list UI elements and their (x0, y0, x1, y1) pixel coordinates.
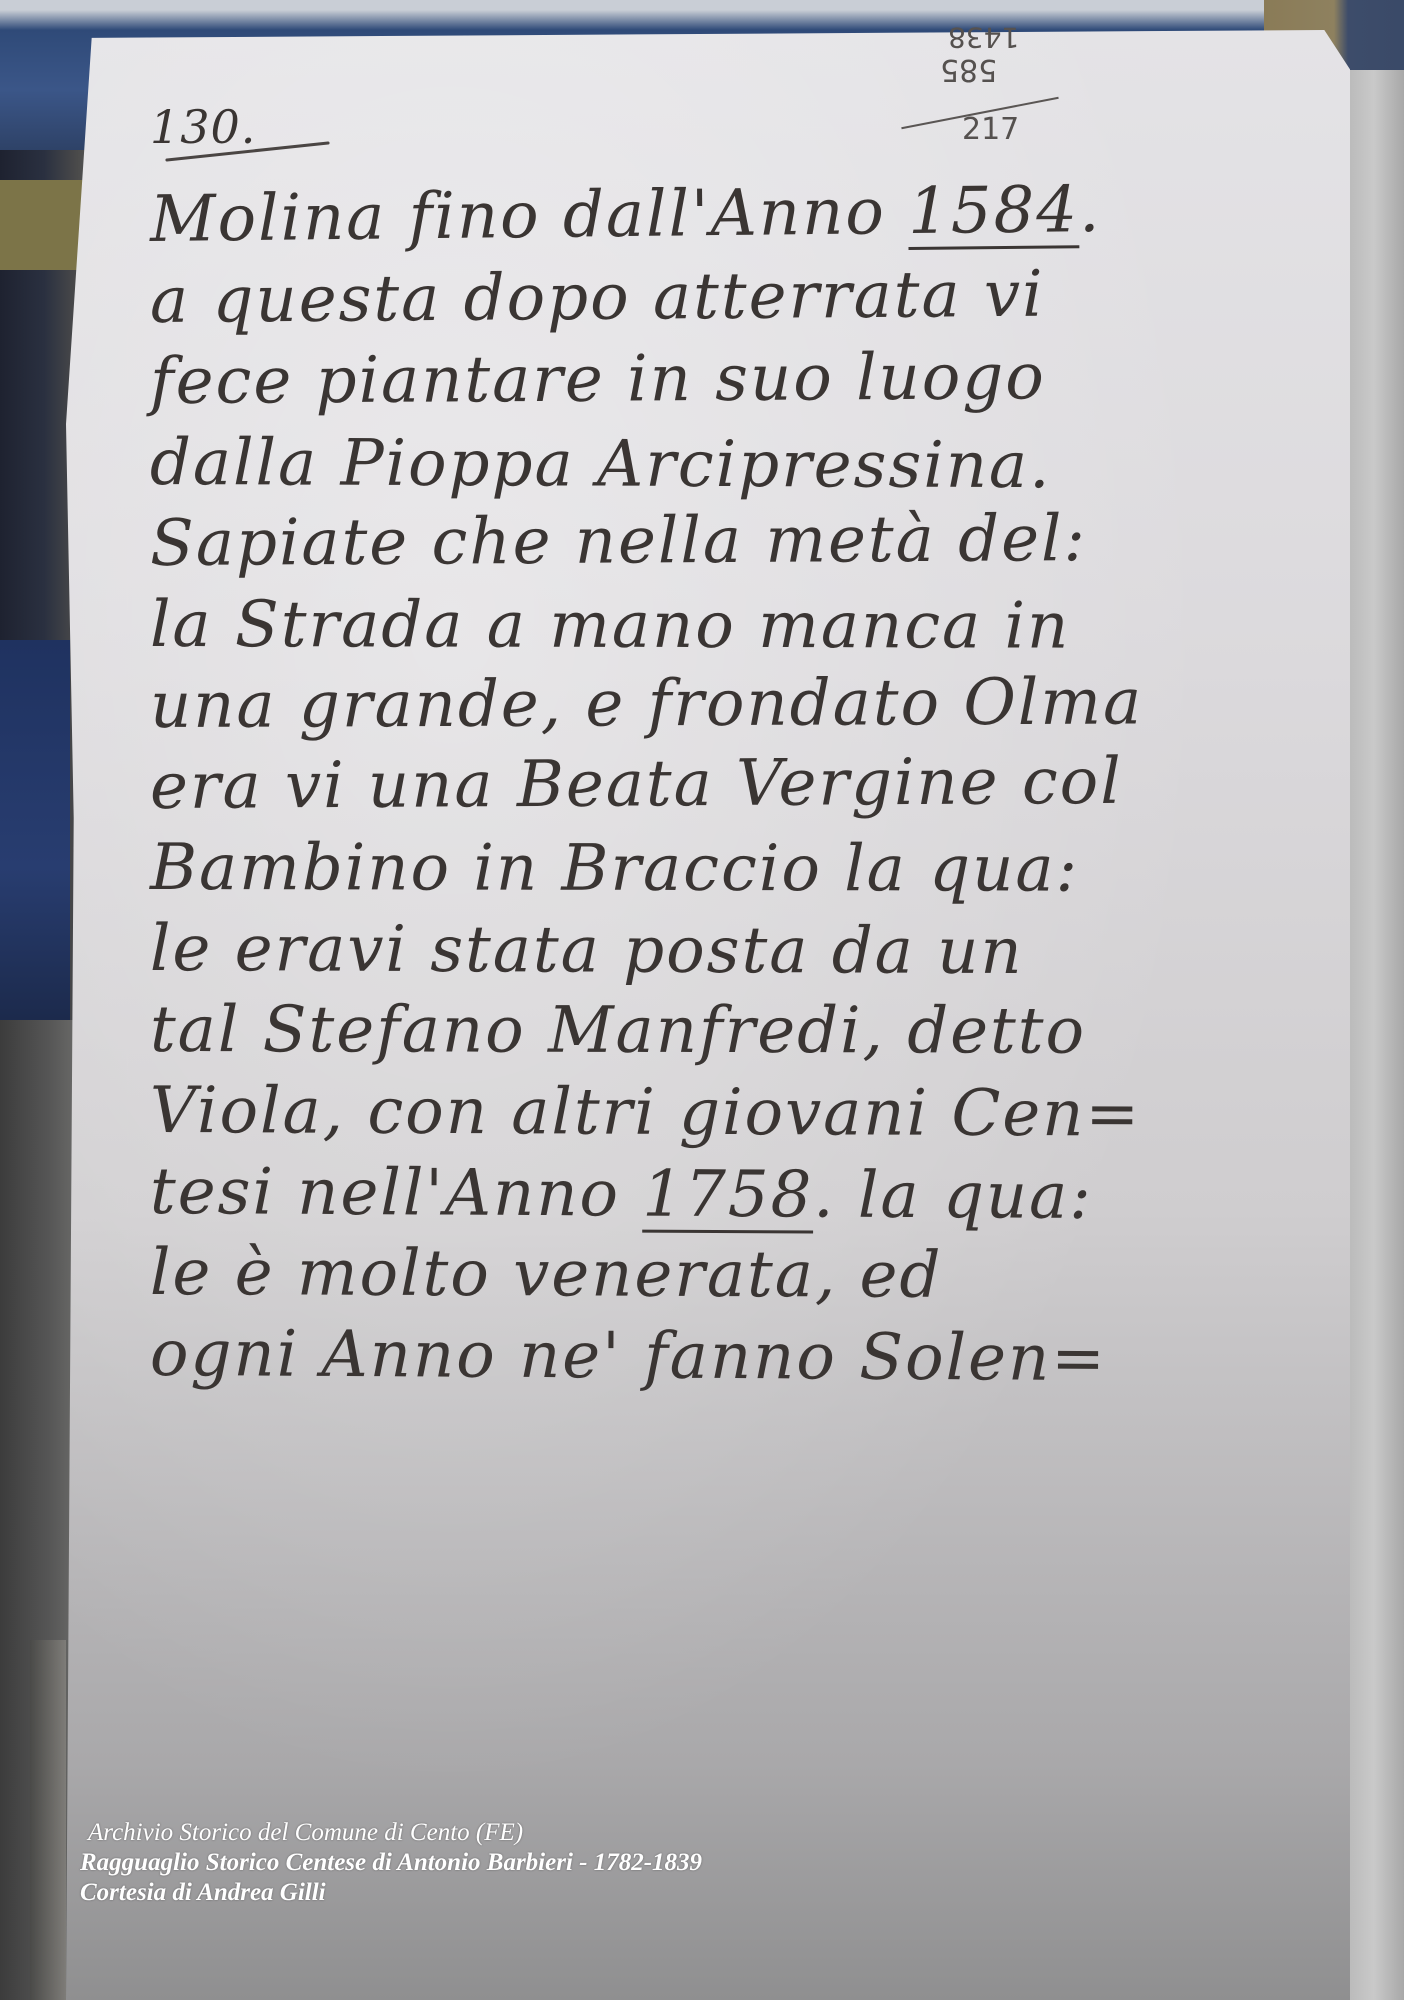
manuscript-line: le è molto venerata, ed (150, 1233, 1350, 1318)
line-text-after: . (1079, 173, 1102, 247)
line-text: le eravi stata posta da un (150, 912, 1024, 989)
line-text: Sapiate che nella metà del: (150, 502, 1087, 581)
line-text: la Strada a mano manca in (150, 588, 1070, 664)
binding-cloth-left (0, 640, 70, 1020)
archive-mark-middle: 585 (940, 54, 997, 84)
manuscript-line: le eravi stata posta da un (150, 909, 1350, 994)
book-cover-olive (0, 180, 90, 270)
line-text: ogni Anno ne' fanno Solen= (150, 1317, 1107, 1396)
manuscript-text: Molina fino dall'Anno 1584. a questa dop… (150, 180, 1350, 1395)
line-text: le è molto venerata, ed (150, 1236, 943, 1313)
underlined-year: 1758 (642, 1158, 813, 1233)
caption-work-title: Ragguaglio Storico Centese di Antonio Ba… (80, 1848, 702, 1878)
line-text: a questa dopo atterrata vi (150, 258, 1045, 338)
page-edge-shadow (30, 1640, 66, 2000)
folio-number: 130. (150, 100, 256, 154)
line-text: fece piantare in suo luogo (150, 340, 1046, 419)
line-text-after: . la qua: (813, 1158, 1093, 1233)
manuscript-line: Molina fino dall'Anno 1584. (150, 167, 1351, 261)
line-text: Viola, con altri giovani Cen= (150, 1074, 1141, 1151)
caption-credit: Cortesia di Andrea Gilli (80, 1878, 702, 1908)
manuscript-line: ogni Anno ne' fanno Solen= (150, 1314, 1350, 1401)
manuscript-line: tal Stefano Manfredi, detto (150, 990, 1350, 1073)
line-text: tal Stefano Manfredi, detto (150, 993, 1086, 1069)
page-stack-right (1344, 70, 1404, 2000)
line-text: era vi una Beata Vergine col (150, 745, 1123, 824)
line-text: dalla Pioppa Arcipressina. (150, 426, 1052, 503)
manuscript-line: a questa dopo atterrata vi (150, 253, 1351, 342)
line-text: una grande, e frondato Olma (150, 666, 1143, 743)
archive-mark-top: 1438 (948, 22, 1019, 52)
manuscript-line: una grande, e frondato Olma (150, 662, 1350, 747)
manuscript-line: la Strada a mano manca in (150, 585, 1350, 668)
manuscript-line: era vi una Beata Vergine col (150, 741, 1350, 828)
caption-archive: Archivio Storico del Comune di Cento (FE… (80, 1818, 702, 1848)
manuscript-line: Bambino in Braccio la qua: (150, 828, 1350, 911)
archive-mark-bottom: 217 (962, 112, 1019, 147)
image-caption: Archivio Storico del Comune di Cento (FE… (80, 1818, 702, 1908)
underlined-year: 1584 (908, 173, 1080, 249)
line-text: Molina fino dall'Anno (150, 175, 909, 257)
manuscript-line: Sapiate che nella metà del: (150, 498, 1350, 585)
archive-shelf-marks: 1438 585 217 (900, 22, 1100, 142)
manuscript-line: dalla Pioppa Arcipressina. (150, 423, 1350, 508)
manuscript-line: Viola, con altri giovani Cen= (150, 1071, 1350, 1156)
line-text: Bambino in Braccio la qua: (150, 831, 1079, 907)
line-text: tesi nell'Anno (150, 1155, 643, 1232)
manuscript-line: fece piantare in suo luogo (150, 336, 1350, 423)
manuscript-line: tesi nell'Anno 1758. la qua: (150, 1152, 1350, 1239)
